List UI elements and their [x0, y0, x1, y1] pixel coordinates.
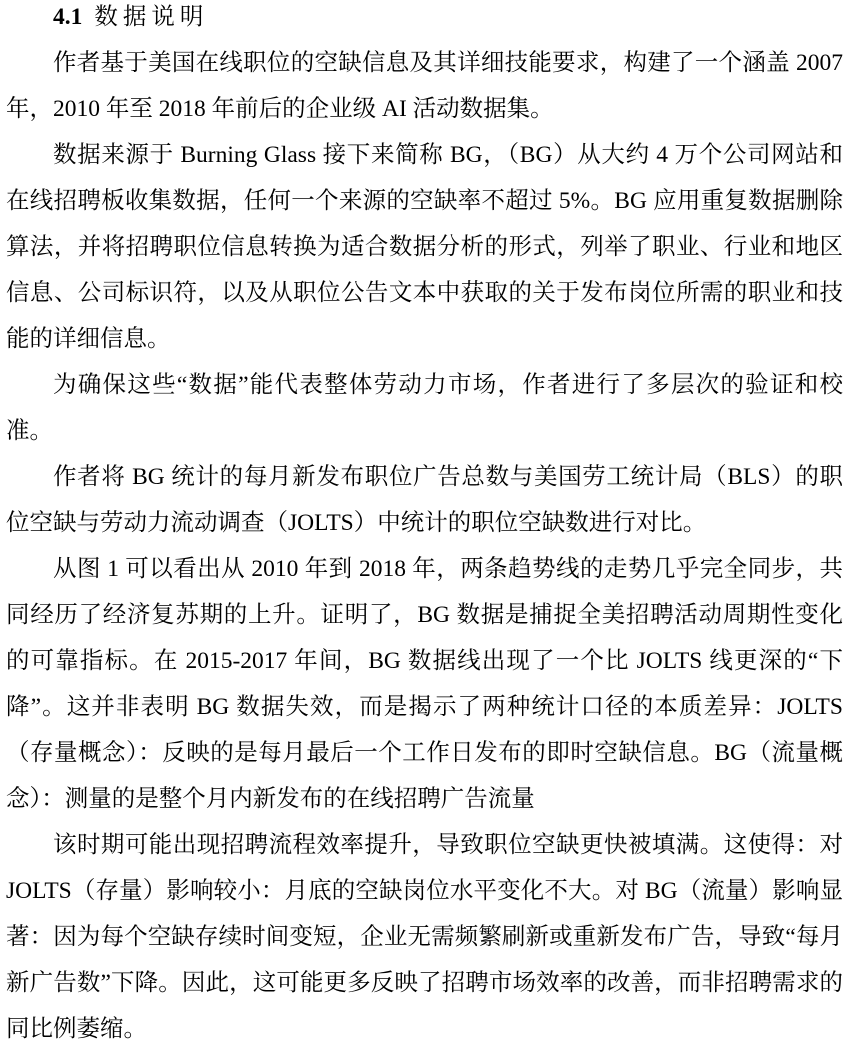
section-heading: 4.1数据说明 [6, 0, 843, 40]
paragraph-trend-analysis: 从图 1 可以看出从 2010 年到 2018 年，两条趋势线的走势几乎完全同步… [6, 546, 843, 822]
paragraph-data-source-bg: 数据来源于 Burning Glass 接下来简称 BG，（BG）从大约 4 万… [6, 132, 843, 362]
section-number: 4.1 [53, 4, 82, 30]
document-page: 4.1数据说明 作者基于美国在线职位的空缺信息及其详细技能要求，构建了一个涵盖 … [0, 0, 849, 1053]
paragraph-dataset-overview: 作者基于美国在线职位的空缺信息及其详细技能要求，构建了一个涵盖 2007 年，2… [6, 40, 843, 132]
paragraph-efficiency-interpretation: 该时期可能出现招聘流程效率提升，导致职位空缺更快被填满。这使得：对 JOLTS（… [6, 822, 843, 1052]
paragraph-validation-intro: 为确保这些“数据”能代表整体劳动力市场，作者进行了多层次的验证和校准。 [6, 362, 843, 454]
section-title: 数据说明 [94, 4, 208, 30]
paragraph-bls-jolts-comparison: 作者将 BG 统计的每月新发布职位广告总数与美国劳工统计局（BLS）的职位空缺与… [6, 454, 843, 546]
